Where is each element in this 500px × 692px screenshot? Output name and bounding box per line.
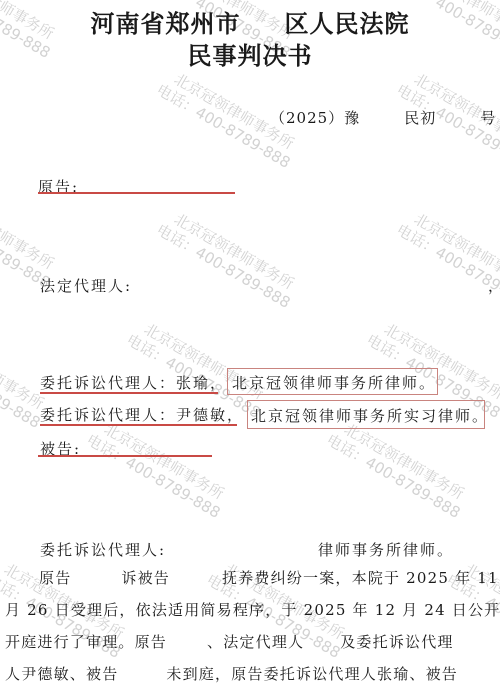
- text: 开庭进行了审理。原告: [5, 633, 167, 651]
- court-title: 河南省郑州市区人民法院: [0, 4, 500, 39]
- text: 诉被告: [121, 569, 170, 587]
- defendant-agent-firm: 律师事务所律师。: [318, 539, 454, 560]
- agent1-label: 委托诉讼代理人：张瑜，: [40, 372, 227, 393]
- agent2-firm: 北京冠领律师事务所实习律师。: [251, 405, 489, 426]
- judgment-document: 河南省郑州市区人民法院 民事判决书 （2025）豫民初号 原告: 法定代理人: …: [0, 0, 500, 692]
- red-underline: [38, 455, 212, 457]
- text: 及委托诉讼代理: [340, 633, 453, 651]
- text: 原告: [39, 569, 71, 587]
- legal-rep-label: 法定代理人:: [40, 275, 132, 296]
- document-type: 民事判决书: [0, 36, 500, 71]
- case-number: （2025）豫民初号: [270, 107, 496, 128]
- agent1-firm: 北京冠领律师事务所律师。: [232, 372, 436, 393]
- red-underline: [40, 424, 237, 426]
- legal-rep-trailing: ，: [488, 275, 500, 296]
- case-type: 民初: [404, 109, 436, 127]
- case-paragraph-line-3: 开庭进行了审理。原告、法定代理人及委托诉讼代理: [5, 626, 497, 658]
- text: 抚养费纠纷一案，本院于 2025 年 11: [222, 569, 499, 587]
- court-title-court: 区人民法院: [285, 9, 410, 38]
- court-title-city: 河南省郑州市: [91, 9, 241, 38]
- case-paragraph-line-4: 人尹德敏、被告未到庭，原告委托诉讼代理人张瑜、被告: [5, 658, 497, 690]
- red-underline: [40, 392, 218, 394]
- case-year: （2025）豫: [270, 109, 360, 127]
- defendant-agent-label: 委托诉讼代理人:: [40, 539, 166, 560]
- text: 未到庭，原告委托诉讼代理人张瑜、被告: [166, 665, 458, 683]
- case-paragraph-line-1: 原告诉被告抚养费纠纷一案，本院于 2025 年 11: [5, 562, 497, 594]
- case-paragraph-line-2: 月 26 日受理后，依法适用简易程序，于 2025 年 12 月 24 日公开: [5, 594, 497, 626]
- text: 人尹德敏、被告: [5, 665, 118, 683]
- case-suffix: 号: [480, 109, 496, 127]
- red-underline: [38, 192, 235, 194]
- text: 、法定代理人: [207, 633, 304, 651]
- agent2-label: 委托诉讼代理人：尹德敏，: [40, 404, 244, 425]
